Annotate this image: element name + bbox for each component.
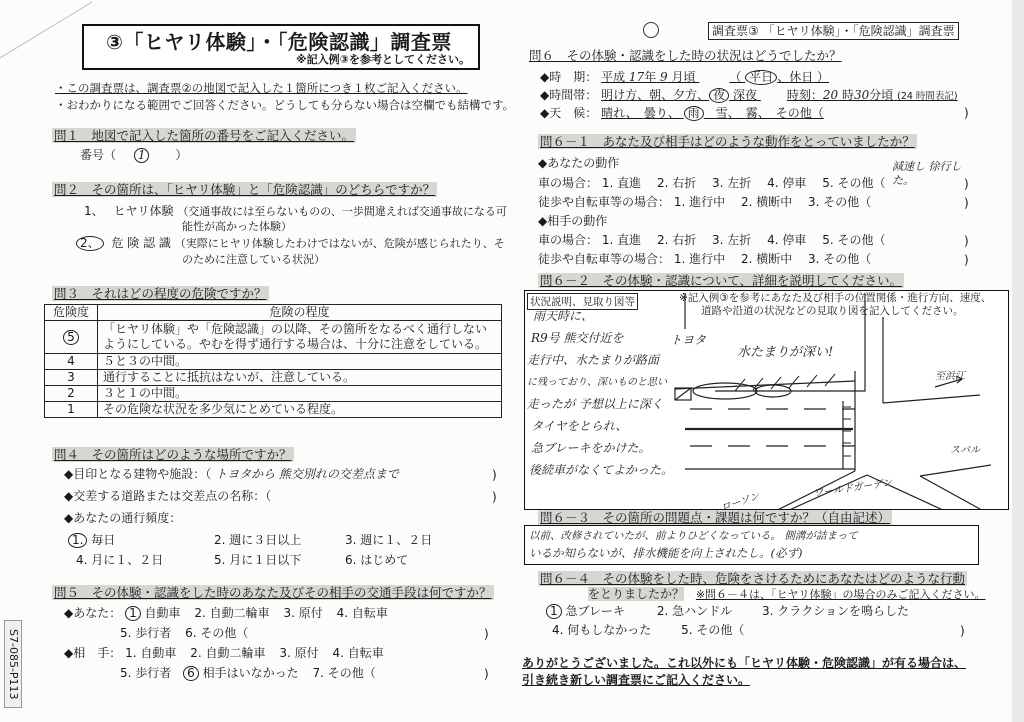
q6-2-heading: 問６－２ その体験・認識について、詳細を説明してください。 [538, 273, 904, 288]
q2-option-1-label: ヒヤリ体験 [113, 204, 173, 218]
q5-other-option-1-num: 1. [125, 646, 136, 660]
q6-year: 17 [629, 70, 644, 84]
q6-time-note: (24 時間表記) [897, 91, 958, 102]
q2-heading: 問２ その箇所は、「ヒヤリ体験」と「危険認識」のどちらですか？ [52, 182, 437, 197]
other-ped-other-close: ) [964, 253, 969, 267]
q1-heading: 問１ 地図で記入した箇所の番号をご記入ください。 [52, 128, 356, 143]
other-car-straight[interactable]: 1. 直進 [602, 233, 641, 247]
weather-other-close: ) [964, 106, 969, 120]
q4-landmark-field[interactable]: ◆目印となる建物や施設：（ トヨタから 熊交別れの交差点まで [64, 467, 399, 482]
action-option-1-num[interactable]: 1 [546, 604, 562, 619]
daytype-weekday[interactable]: 平日 [745, 70, 777, 85]
freq-option-6-label: はじめて [360, 553, 408, 567]
q6-era: 平成 [601, 70, 625, 84]
weather-snow[interactable]: 雪 [716, 106, 728, 120]
q1-close: ） [175, 148, 187, 162]
q5-you-option-6-num: 6. [185, 626, 196, 640]
scan-mark-circle [643, 22, 659, 38]
freq-option-5-label: 月に１日以下 [229, 553, 301, 567]
table-row[interactable]: 5 「ヒヤリ体験」や「危険認識」の以降、その箇所をなるべく通行しないようにしてい… [45, 321, 502, 354]
level-2: 2 [45, 386, 98, 402]
q6-period-value[interactable]: 平成 17年 9 月頃 [601, 70, 699, 84]
q4-landmark-close: ) [492, 468, 497, 482]
sketch-instruction-1: ※記入例③を参考にあなた及び相手の位置関係・進行方向、速度、 [679, 292, 991, 305]
q6-period-row: ◆時 期： 平成 17年 9 月頃 （ 平日、休日 ） [540, 70, 829, 85]
weather-rain[interactable]: 雨 [684, 106, 704, 121]
action-option-2[interactable]: 急ハンドル [672, 604, 732, 618]
form-subtitle: ※記入例③を参考としてください。 [296, 51, 470, 67]
q4-crossing-close: ) [492, 490, 497, 504]
q5-other-option-1[interactable]: 自動車 [140, 646, 176, 660]
q5-other-option-3[interactable]: 原付 [295, 646, 319, 660]
freq-option-5[interactable]: 5. 月に１日以下 [214, 553, 301, 568]
freq-option-1[interactable]: 1. 毎日 [68, 533, 115, 548]
q6-1-other-ped-row: 徒歩や自転車等の場合： 1. 進行中 2. 横断中 3. その他（ [538, 252, 871, 267]
q2-option-2-num: 2、 [76, 236, 104, 251]
action-option-5[interactable]: その他（ [696, 623, 744, 637]
q5-you-label: ◆あなた： [64, 606, 121, 620]
q5-you-option-6[interactable]: その他（ [200, 626, 248, 640]
q5-you-option-1-num[interactable]: 1 [125, 606, 141, 621]
other-car-right[interactable]: 2. 右折 [657, 233, 696, 247]
q6-month: 9 [660, 70, 668, 84]
action-option-3-num: 3. [762, 604, 773, 618]
q6-1-you-heading: ◆あなたの動作 [538, 156, 619, 171]
q6-4-heading-2-row: をとりましたか？ ※問６－４は、「ヒヤリ体験」の場合のみご記入ください。 [588, 587, 986, 602]
level-2-desc: ３と１の中間。 [98, 386, 502, 402]
q2-option-2-desc: （実際にヒヤリ体験したわけではないが、危険が感じられたり、そ [175, 237, 505, 250]
q6-heading: 問６ その体験・認識をした時の状況はどうでしたか？ [527, 48, 844, 63]
q5-you-option-3[interactable]: 原付 [299, 606, 323, 620]
sketch-note-line-3: 走行中、水たまりが路面 [527, 351, 659, 368]
q5-other-option-2-num: 2. [190, 646, 201, 660]
q5-heading: 問５ その体験・認識をした時のあなた及びその相手の交通手段は何ですか？ [52, 585, 494, 600]
you-car-other[interactable]: 5. その他（ [822, 176, 885, 190]
q5-other-option-7[interactable]: その他（ [328, 666, 376, 680]
freq-option-4[interactable]: 4. 月に１、２日 [76, 553, 163, 568]
q3-heading: 問３ それはどの程度の危険ですか？ [52, 286, 269, 301]
level-1: 1 [45, 402, 98, 418]
q6-minute: 30 [854, 88, 869, 102]
q1-label: 番号（ [80, 148, 116, 162]
freq-option-1-label: 毎日 [91, 533, 115, 547]
level-1-desc: その危険な状況を多少気にとめている程度。 [98, 402, 502, 418]
freq-option-3-label: 週に１、２日 [360, 533, 432, 547]
q6-4-heading-1: 問６－４ その体験をした時、危険をさけるためにあなたはどのような行動 [538, 571, 967, 586]
col-header-description: 危険の程度 [98, 305, 502, 321]
closing-line-2: 引き続き新しい調査票にご記入ください。 [522, 671, 750, 688]
freq-option-1-num: 1. [68, 533, 87, 548]
table-row[interactable]: 3 通行することに抵抗はないが、注意している。 [45, 370, 502, 386]
q5-you-option-2[interactable]: 自動二輪車 [210, 606, 270, 620]
action-option-3[interactable]: クラクションを鳴らした [777, 604, 909, 618]
q5-you-option-5-num: 5. [120, 626, 131, 640]
q5-other-option-3-num: 3. [279, 646, 290, 660]
q5-other-option-6-num[interactable]: 6 [183, 666, 199, 681]
closing-line-1: ありがとうございました。これ以外にも「ヒヤリ体験・危険認識」が有る場合は、 [522, 654, 966, 671]
sketch-note-line-6: タイヤをとられ、 [531, 417, 627, 434]
you-car-stop[interactable]: 4. 停車 [767, 176, 806, 190]
other-ped-moving[interactable]: 1. 進行中 [674, 252, 725, 266]
you-ped-other[interactable]: 3. その他（ [808, 195, 871, 209]
q5-other-option-5[interactable]: 歩行者 [135, 666, 171, 680]
table-row[interactable]: 2 ３と１の中間。 [45, 386, 502, 402]
other-car-left[interactable]: 3. 左折 [712, 233, 751, 247]
q6-4-row-2: 4. 何もしなかった 5. その他（ [552, 623, 744, 638]
freq-option-4-label: 月に１、２日 [91, 553, 163, 567]
danger-level-table: 危険度 危険の程度 5 「ヒヤリ体験」や「危険認識」の以降、その箇所をなるべく通… [44, 304, 502, 418]
q4-landmark-label: ◆目印となる建物や施設：（ [64, 467, 211, 481]
q5-other-option-4[interactable]: 自転車 [348, 646, 384, 660]
q2-option-2[interactable]: 2、 危 険 認 識 （実際にヒヤリ体験したわけではないが、危険が感じられたり、… [76, 236, 505, 251]
sketch-label-direction: 至浜江 [935, 367, 965, 382]
q5-other-option-2[interactable]: 自動二輪車 [205, 646, 265, 660]
you-car-other-value: 減速し 徐行した。 [892, 160, 964, 188]
timeband-dawn[interactable]: 明け方 [601, 88, 637, 102]
action-option-2-num: 2. [657, 604, 668, 618]
you-ped-crossing[interactable]: 2. 横断中 [741, 195, 792, 209]
you-car-other-close: ) [964, 177, 969, 191]
q6-1-heading: 問６－１ あなた及び相手はどのような動作をとっていましたか？ [538, 134, 917, 149]
you-car-right[interactable]: 2. 右折 [657, 176, 696, 190]
q2-option-1-num: 1、 [84, 204, 104, 218]
other-car-stop[interactable]: 4. 停車 [767, 233, 806, 247]
q6-3-answer-box[interactable]: 以前、改修されていたが、前よりひどくなっている。 側溝が詰まって いるか知らない… [524, 525, 979, 565]
q6-1-you-car-row: 車の場合： 1. 直進 2. 右折 3. 左折 4. 停車 5. その他（ [538, 176, 885, 191]
q2-option-1[interactable]: 1、 ヒヤリ体験 （交通事故には至らないものの、一歩間違えれば交通事故になる可 [84, 204, 507, 219]
q6-month-unit: 月頃 [672, 70, 696, 84]
q6-time-field[interactable]: 時刻：20 時30分頃 [787, 88, 897, 102]
q5-other-other-close: ) [484, 667, 489, 681]
q4-crossing-field[interactable]: ◆交差する道路または交差点の名称：（ [64, 489, 271, 504]
daytype-holiday[interactable]: 休日 [789, 70, 813, 84]
q6-timeband-label: ◆時間帯： [540, 88, 597, 102]
q5-other-row: ◆相 手： 1. 自動車 2. 自動二輪車 3. 原付 4. 自転車 [64, 646, 384, 661]
q5-other-option-6[interactable]: 相手はいなかった [203, 666, 299, 680]
q5-you-option-4-num: 4. [337, 606, 348, 620]
q6-time-label: 時刻： [787, 88, 823, 102]
q6-daytype: （ 平日、休日 ） [729, 70, 829, 84]
col-header-level: 危険度 [45, 305, 98, 321]
q5-other-option-7-num: 7. [312, 666, 323, 680]
freq-option-6[interactable]: 6. はじめて [345, 553, 408, 568]
ped-label: 徒歩や自転車等の場合： [538, 195, 670, 209]
timeband-night[interactable]: 夜 [709, 88, 729, 103]
level-5: 5 [63, 330, 79, 345]
q4-freq-label: ◆あなたの通行頻度： [64, 511, 181, 526]
sketch-box[interactable]: 状況説明、見取り図等 ※記入例③を参考にあなた及び相手の位置関係・進行方向、速度… [524, 290, 1009, 510]
action-other-close: ) [960, 624, 965, 638]
q5-you-option-5[interactable]: 歩行者 [135, 626, 171, 640]
other-ped-other[interactable]: 3. その他（ [808, 252, 871, 266]
action-option-4-num: 4. [552, 623, 563, 637]
q6-3-answer-line-1: 以前、改修されていたが、前よりひどくなっている。 側溝が詰まって [529, 528, 858, 543]
freq-option-2-num: 2. [214, 533, 225, 547]
sketch-note-line-1: 雨天時に、 [533, 307, 593, 324]
sketch-note-line-5: 走ったが 予想以上に深く [527, 395, 663, 412]
sketch-note-line-8: 後続車がなくてよかった。 [529, 461, 673, 478]
q5-you-option-2-num: 2. [194, 606, 205, 620]
freq-option-3-num: 3. [345, 533, 356, 547]
q5-you-row: ◆あなた： 1 自動車 2. 自動二輪車 3. 原付 4. 自転車 [64, 606, 388, 621]
weather-fog[interactable]: 霧 [746, 106, 758, 120]
freq-option-6-num: 6. [345, 553, 356, 567]
you-ped-moving[interactable]: 1. 進行中 [674, 195, 725, 209]
freq-option-3[interactable]: 3. 週に１、２日 [345, 533, 432, 548]
note-2: ・おわかりになる範囲でご回答ください。どうしても分らない場合は空欄でも結構です。 [55, 97, 514, 113]
freq-option-4-num: 4. [76, 553, 87, 567]
q1-answer: 1 [134, 148, 150, 163]
q5-you-option-1[interactable]: 自動車 [145, 606, 181, 620]
timeband-morning[interactable]: 朝 [649, 88, 661, 102]
q4-heading: 問４ その箇所はどのような場所ですか？ [52, 447, 294, 462]
q6-4-note: ※問６－４は、「ヒヤリ体験」の場合のみご記入ください。 [696, 588, 986, 601]
sketch-note-line-2: R9号 熊交付近を [531, 329, 624, 346]
q6-4-row-1: 1 急ブレーキ 2. 急ハンドル 3. クラクションを鳴らした [546, 604, 909, 619]
level-3: 3 [45, 370, 98, 386]
q6-1-other-car-row: 車の場合： 1. 直進 2. 右折 3. 左折 4. 停車 5. その他（ [538, 233, 885, 248]
q5-other-label: ◆相 手： [64, 646, 121, 660]
level-4-desc: ５と３の中間。 [98, 354, 502, 370]
q5-you-row-2: 5. 歩行者 6. その他（ [120, 626, 248, 641]
q5-other-row-2: 5. 歩行者 6 相手はいなかった 7. その他（ [120, 666, 376, 681]
sketch-label-subaru: スバル [950, 441, 980, 456]
action-option-4[interactable]: 何もしなかった [567, 623, 651, 637]
q6-year-unit: 年 [644, 70, 656, 84]
q6-period-label: ◆時 期： [540, 70, 597, 84]
weather-other[interactable]: その他（ [776, 106, 824, 120]
note-1: ・この調査票は、調査票②の地図で記入した１箇所につき１枚ご記入ください。 [55, 80, 468, 96]
level-4: 4 [45, 354, 98, 370]
action-option-1[interactable]: 急ブレーキ [565, 604, 625, 618]
weather-sunny[interactable]: 晴れ [601, 106, 626, 120]
table-row[interactable]: 4 ５と３の中間。 [45, 354, 502, 370]
car-label: 車の場合： [538, 176, 598, 190]
q4-landmark-value: トヨタから 熊交別れの交差点まで [215, 467, 399, 481]
q6-timeband-row: ◆時間帯： 明け方、朝、夕方、夜 深夜 時刻：20 時30分頃 (24 時間表記… [540, 88, 958, 104]
q2-option-2-desc2: のために注意している状況） [182, 252, 325, 267]
ped-label: 徒歩や自転車等の場合： [538, 252, 670, 266]
q6-3-heading: 問６－３ その箇所の問題点・課題は何ですか？（自由記述） [538, 510, 892, 525]
freq-option-2-label: 週に３日以上 [229, 533, 301, 547]
weather-cloudy[interactable]: 曇り [644, 106, 668, 120]
q1-number-field[interactable]: 番号（ 1 ） [80, 148, 187, 163]
q2-option-1-desc: （交通事故には至らないものの、一歩間違えれば交通事故になる可 [177, 205, 507, 218]
q5-you-other-close: ) [484, 627, 489, 641]
q6-hour-unit: 時 [842, 88, 854, 102]
q5-you-option-4[interactable]: 自転車 [352, 606, 388, 620]
timeband-evening[interactable]: 夕方 [673, 88, 697, 102]
q6-weather-label: ◆天 候： [540, 106, 597, 120]
q6-3-answer-line-2: いるか知らないが、排水機能を向上されたし。(必ず) [529, 545, 802, 561]
timeband-late-night[interactable]: 深夜 [733, 88, 757, 102]
document-id-stamp: S7-085-P113 [4, 620, 22, 708]
you-car-straight[interactable]: 1. 直進 [602, 176, 641, 190]
q6-hour: 20 [823, 88, 838, 102]
sketch-note-line-4: に残っており、深いものと思い [527, 373, 667, 388]
other-ped-crossing[interactable]: 2. 横断中 [741, 252, 792, 266]
table-row[interactable]: 1 その危険な状況を多少気にとめている程度。 [45, 402, 502, 418]
sketch-label-deep: 水たまりが深い! [737, 341, 833, 360]
sketch-instruction-2: 道路や沿道の状況などの見取り図を記入してください。 [701, 305, 964, 318]
q5-other-option-5-num: 5. [120, 666, 131, 680]
freq-option-5-num: 5. [214, 553, 225, 567]
q6-1-you-ped-row: 徒歩や自転車等の場合： 1. 進行中 2. 横断中 3. その他（ [538, 195, 871, 210]
q5-you-option-3-num: 3. [284, 606, 295, 620]
car-label: 車の場合： [538, 233, 598, 247]
other-car-other-close: ) [964, 234, 969, 248]
q4-crossing-label: ◆交差する道路または交差点の名称：（ [64, 489, 271, 503]
scan-edge [1012, 0, 1024, 722]
q2-option-2-label: 危 険 認 識 [111, 236, 170, 250]
q6-minute-unit: 分頃 [869, 88, 893, 102]
sketch-note-line-7: 急ブレーキをかけた。 [531, 439, 651, 456]
level-3-desc: 通行することに抵抗はないが、注意している。 [98, 370, 502, 386]
freq-option-2[interactable]: 2. 週に３日以上 [214, 533, 301, 548]
q6-1-other-heading: ◆相手の動作 [538, 214, 607, 229]
q5-other-option-4-num: 4. [332, 646, 343, 660]
action-option-5-num: 5. [681, 623, 692, 637]
q2-option-1-desc2: 能性が高かった体験） [182, 219, 292, 234]
q6-weather-row: ◆天 候： 晴れ、 曇り、 雨 雪、 霧、 その他（ [540, 106, 824, 121]
q6-4-heading-2: をとりましたか？ [588, 587, 684, 601]
form-title-box: ③「ヒヤリ体験」・「危険認識」調査票 ※記入例③を参考としてください。 [82, 24, 480, 70]
header-form-id: 調査票③ 「ヒヤリ体験」・「危険認識」調査票 [708, 22, 959, 40]
you-car-left[interactable]: 3. 左折 [712, 176, 751, 190]
other-car-other[interactable]: 5. その他（ [822, 233, 885, 247]
sketch-label-toyota: トヨタ [670, 331, 706, 348]
you-ped-other-close: ) [964, 196, 969, 210]
level-5-desc: 「ヒヤリ体験」や「危険認識」の以降、その箇所をなるべく通行しないようにしている。… [98, 321, 502, 354]
